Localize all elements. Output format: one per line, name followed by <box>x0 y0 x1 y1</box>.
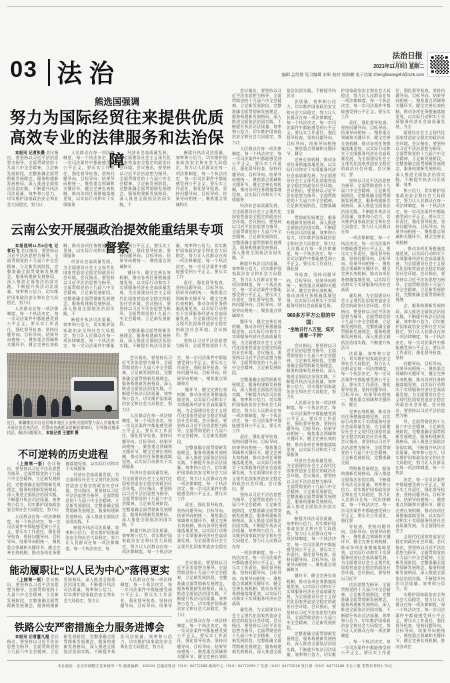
photo-van-window <box>74 381 114 391</box>
yunnan-article-body: 本报昆明11月8日电 记者石飞 会议指出，要坚持以习近平法治思想为指导，全面贯彻… <box>7 243 227 351</box>
right-half-body: 会议指出，要坚持以习近平法治思想为指导，全面贯彻党的十九届六中全会精神，立足新发… <box>232 88 445 658</box>
continuation-body: 会议指出，要坚持以习近平法治思想为指导，全面贯彻党的十九届六中全会精神，立足新发… <box>122 355 227 556</box>
section-subhead-line2: “坐地日行八万里，巡天遥看一千河” <box>287 327 337 339</box>
photo-van-wheel <box>105 405 112 412</box>
staff-line: 编辑 孟绍群 见习编辑 宋昕 校对 郭海鹏 电子信箱 zhengfawangsh… <box>225 72 424 78</box>
photo-figure <box>13 394 22 416</box>
qr-finder <box>444 55 449 60</box>
footer-rule <box>7 660 443 661</box>
photo-van <box>71 377 117 410</box>
photo-figure <box>37 395 46 416</box>
newspaper-page: 03 法治 法治日报 LEGAL DAILY 2021年11月9日 星期二 编辑… <box>0 0 450 683</box>
history-article-body: （上接第一版）会议指出，要坚持以习近平法治思想为指导，全面贯彻党的十九届六中全会… <box>7 461 119 556</box>
footer-info: 本社地址：北京市朝阳区花家地甲一号 邮政编码：100102 总编室电话（010）… <box>7 664 443 669</box>
rule <box>7 616 172 617</box>
qr-code-icon <box>427 52 450 77</box>
rule <box>7 559 172 560</box>
railway-headline: 铁路公安严密措施全力服务进博会 <box>7 619 172 634</box>
photo-figure <box>24 398 32 417</box>
section-subhead-line1: 960多万平方公里的中国： <box>287 313 337 327</box>
railway-article-body: 本报讯 记者董凡超 会议指出，要坚持以习近平法治思想为指导，全面贯彻党的十九届六… <box>7 634 172 659</box>
top-rule <box>7 6 443 7</box>
photo-credit: 本报记者 王建军 摄 <box>46 431 78 435</box>
header-divider <box>48 59 50 86</box>
page-number: 03 <box>10 56 38 83</box>
minyuan-headline: 能动履职让“以人民为中心”落得更实 <box>7 562 172 577</box>
history-headline: 不可逆转的历史进程 <box>7 446 119 461</box>
section-title: 法治 <box>57 54 121 90</box>
lead-article-body: 本报讯 记者张晨 会议指出，要坚持以习近平法治思想为指导，全面贯彻党的十九届六中… <box>7 150 227 218</box>
photo-figure <box>62 396 71 416</box>
qr-finder <box>430 69 435 74</box>
section-subhead: 960多万平方公里的中国： “坐地日行八万里，巡天遥看一千河” <box>287 313 337 339</box>
minyuan-article-body: （上接第一版）会议指出，要坚持以习近平法治思想为指导，全面贯彻党的十九届六中全会… <box>7 577 172 613</box>
photo-van-wheel <box>75 405 82 412</box>
photo-caption: 近日，新疆维吾尔自治区喀什地区公安机关组织警力深入乡镇集市开展法治宣传活动，民警… <box>7 421 119 436</box>
date-line: 2021年11月9日 星期二 <box>300 63 424 70</box>
news-photo <box>7 353 119 419</box>
photo-figure <box>51 399 59 417</box>
qr-finder <box>430 55 435 60</box>
side-column-body: 会议指出，要坚持以习近平法治思想为指导，全面贯彻党的十九届六中全会精神，立足新发… <box>177 560 227 659</box>
masthead-cn: 法治日报 <box>391 52 424 60</box>
